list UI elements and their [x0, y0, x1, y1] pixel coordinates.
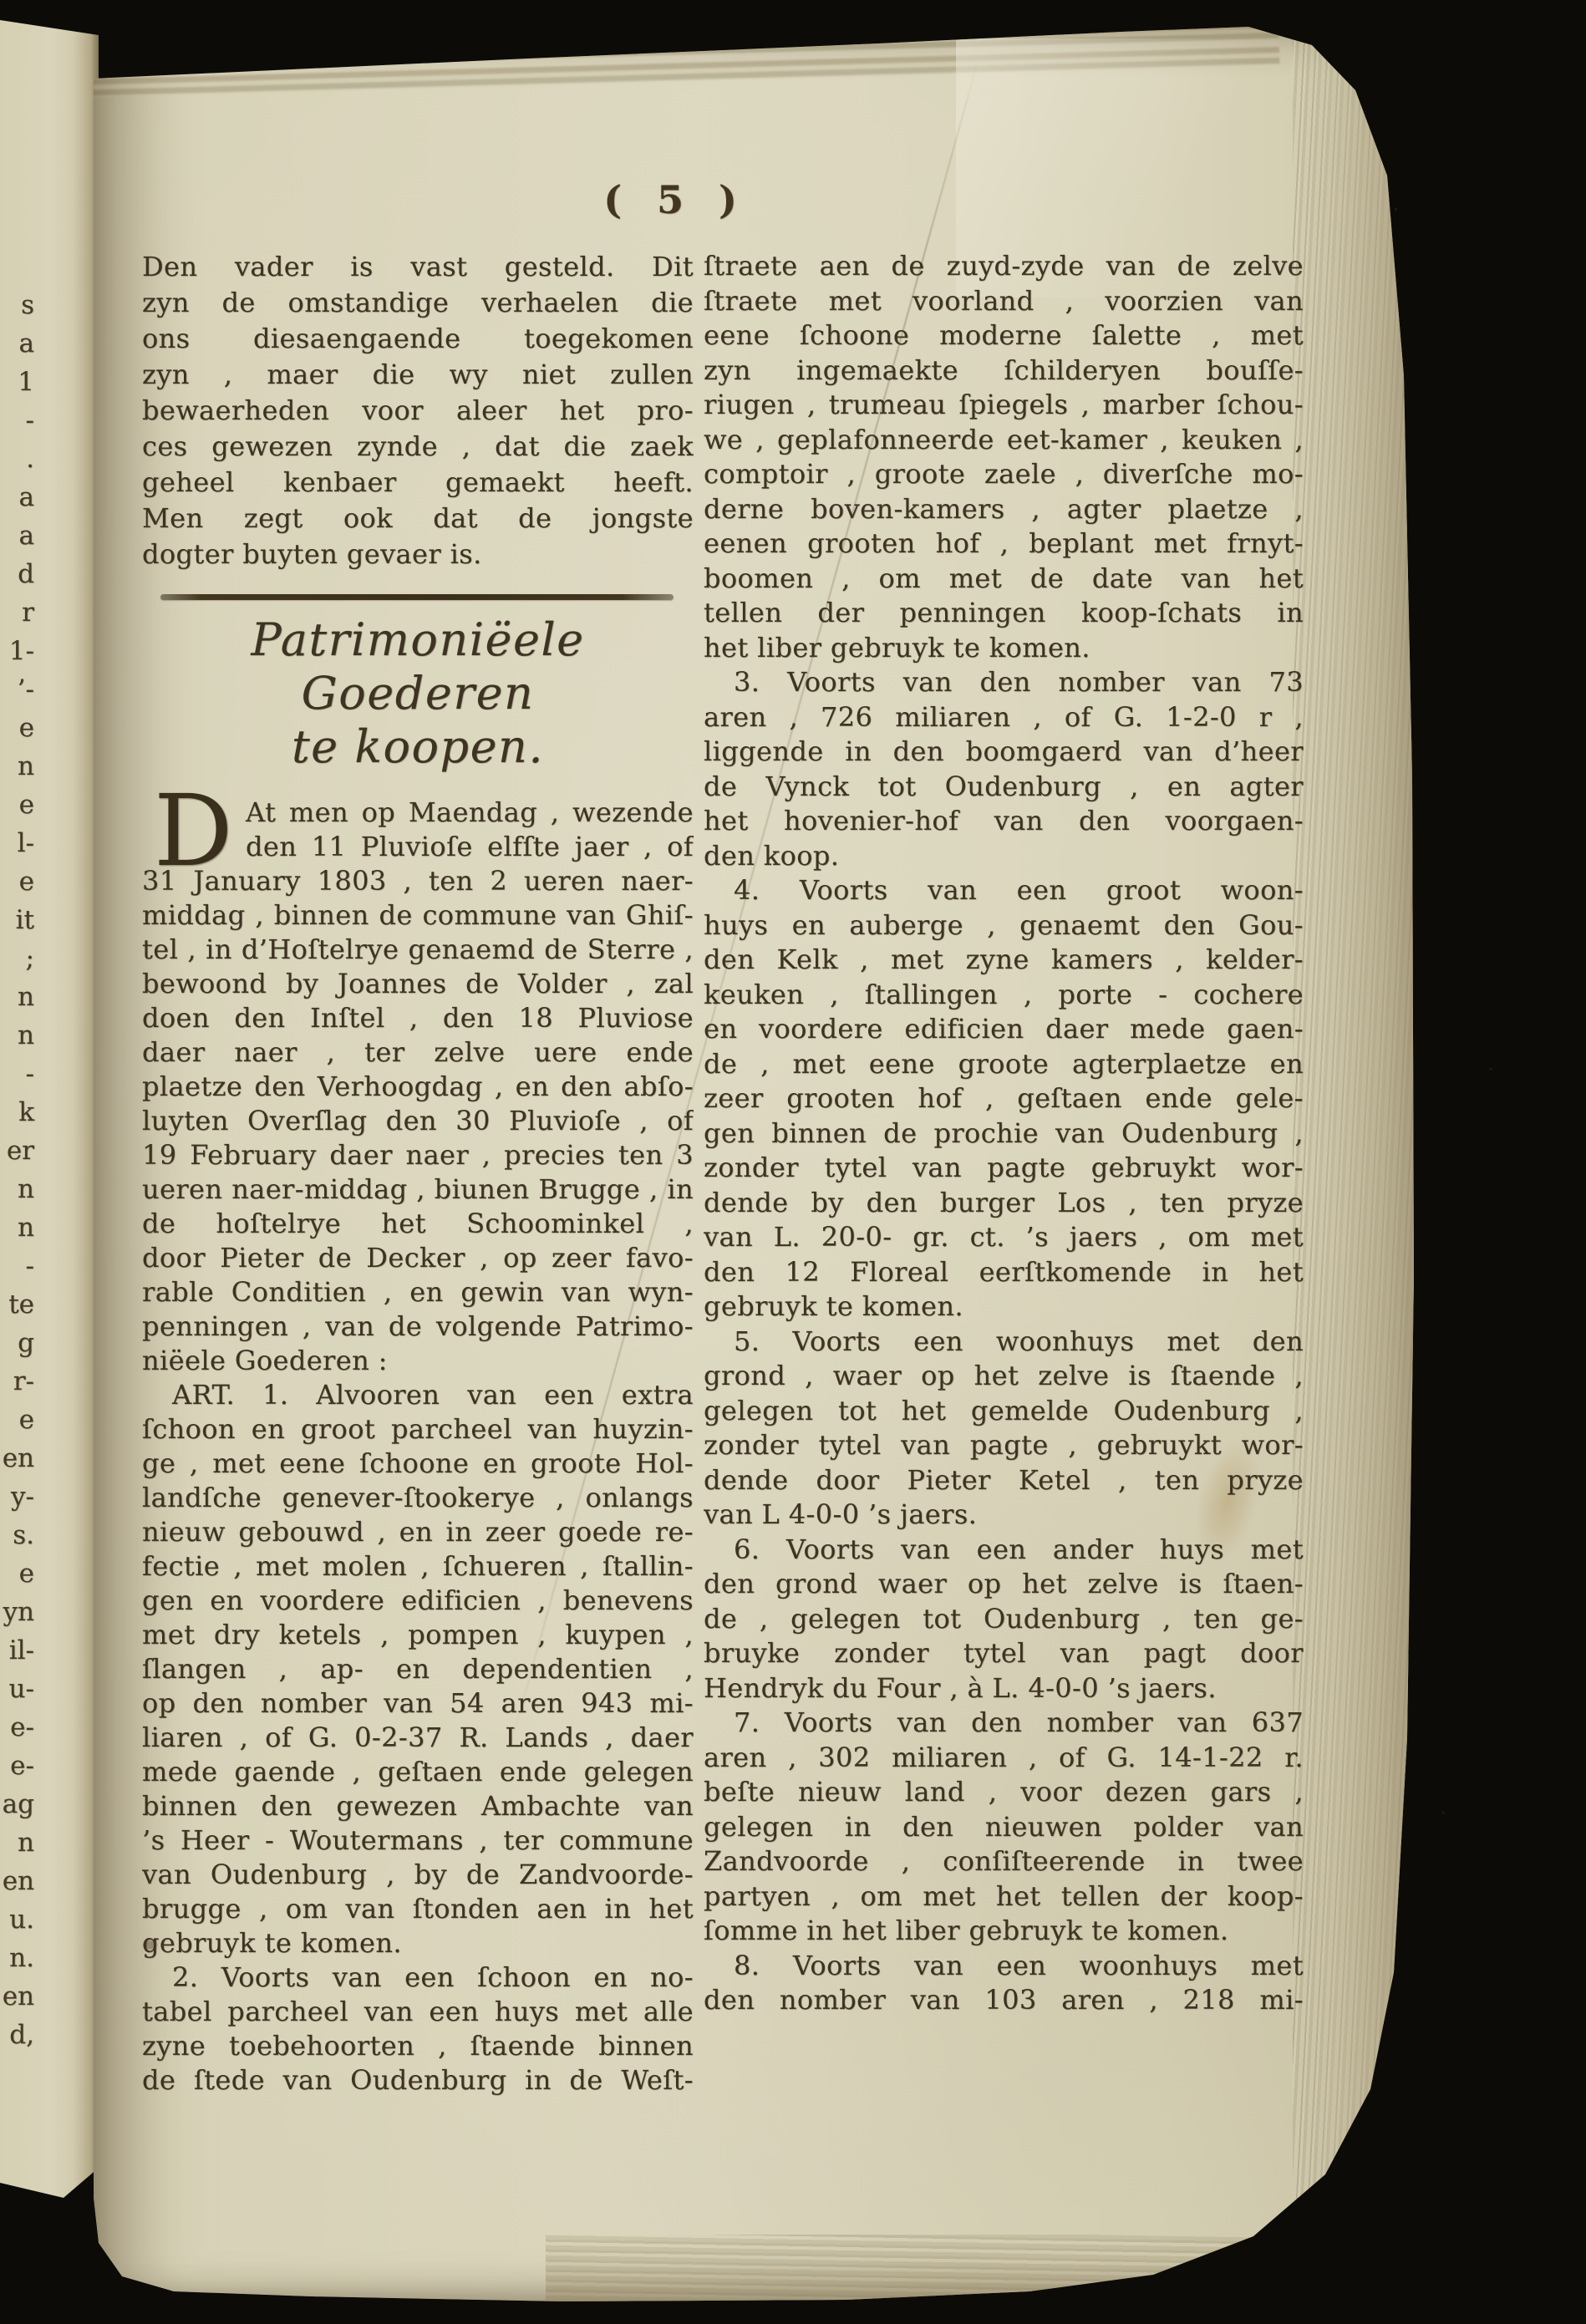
cut-text-fragment: y-	[0, 1477, 37, 1516]
text-line: dende by den burger Los , ten pryze	[704, 1186, 1304, 1221]
text-line: van Oudenburg , by de Zandvoorde-	[142, 1858, 694, 1892]
text-line: rable Conditien , en gewin van wyn-	[142, 1275, 694, 1309]
text-line: niëele Goederen :	[142, 1344, 694, 1378]
cut-text-fragment: n.	[0, 1939, 37, 1977]
text-line: 7. Voorts van den nomber van 637	[704, 1706, 1304, 1741]
text-line: dogter buyten gevaer is.	[142, 537, 694, 572]
text-line: 2. Voorts van een ſchoon en no-	[142, 1960, 694, 1995]
text-line: binnen den gewezen Ambachte van	[142, 1789, 694, 1823]
cut-text-fragment: a	[0, 516, 37, 555]
text-line: 8. Voorts van een woonhuys met	[704, 1949, 1304, 1984]
text-line: nieuw gebouwd , en in zeer goede re-	[142, 1515, 694, 1549]
text-line: dende door Pieter Ketel , ten pryze	[704, 1463, 1304, 1498]
text-line: ons diesaengaende toegekomen	[142, 321, 694, 357]
cut-text-fragment: u.	[0, 1900, 37, 1939]
cut-text-fragment: n	[0, 1823, 37, 1862]
cut-text-fragment: d,	[0, 2016, 37, 2054]
paragraph-news-item: Den vader is vast gesteld. Ditzyn de oms…	[142, 249, 694, 572]
cut-text-fragment: d	[0, 555, 37, 593]
text-line: tel , in d’Hoſtelrye genaemd de Sterre ,	[142, 933, 694, 967]
text-line: den koop.	[704, 839, 1304, 874]
text-line: 5. Voorts een woonhuys met den	[704, 1325, 1304, 1360]
paragraph-articles-continued: ſtraete aen de zuyd-zyde van de zelveſtr…	[704, 249, 1304, 2018]
section-heading: Patrimoniëele Goederen te koopen.	[142, 613, 694, 774]
facing-page-edge: sa1-.aadr1-’-enel-eit;nn-kernn-tegr-eeny…	[0, 20, 99, 2218]
bottom-edge-texture	[546, 2235, 1422, 2303]
text-line: penningen , van de volgende Patrimo-	[142, 1309, 694, 1344]
column-right: ſtraete aen de zuyd-zyde van de zelveſtr…	[704, 249, 1304, 2018]
text-line: zeer grooten hof , geſtaen ende gele-	[704, 1081, 1304, 1116]
cut-text-fragment: e	[0, 862, 37, 901]
cut-text-fragment: s	[0, 286, 37, 324]
cut-text-fragment: ’-	[0, 670, 37, 709]
cut-text-fragment: ;	[0, 939, 37, 978]
text-line: luyten Overſlag den 30 Pluvioſe , of	[142, 1104, 694, 1138]
text-line: door Pieter de Decker , op zeer favo-	[142, 1241, 694, 1275]
text-line: derne boven-kamers , agter plaetze ,	[704, 492, 1304, 527]
cut-text-fragment: r	[0, 593, 37, 632]
text-line: gen binnen de prochie van Oudenburg ,	[704, 1116, 1304, 1152]
cut-text-fragment: e-	[0, 1708, 37, 1747]
cut-text-fragment: en	[0, 1862, 37, 1900]
text-line: riugen , trumeau ſpiegels , marber ſchou…	[704, 388, 1304, 423]
text-line: ’s Heer - Woutermans , ter commune	[142, 1823, 694, 1858]
text-line: de , gelegen tot Oudenburg , ten ge-	[704, 1602, 1304, 1637]
paragraph-auction-notice: D At men op Maendag , wezendeden 11 Pluv…	[142, 796, 694, 1378]
text-line: 6. Voorts van een ander huys met	[704, 1533, 1304, 1568]
column-left: Den vader is vast gesteld. Ditzyn de oms…	[142, 249, 694, 2098]
text-line: ces gewezen zynde , dat die zaek	[142, 429, 694, 465]
text-line: boomen , om met de date van het	[704, 562, 1304, 597]
cut-text-fragment: l-	[0, 824, 37, 862]
text-line: middag , binnen de commune van Ghiſ-	[142, 898, 694, 933]
text-line: mede gaende , geſtaen ende gelegen	[142, 1755, 694, 1789]
text-line: eene ſchoone moderne ſalette , met	[704, 318, 1304, 353]
fore-edge-texture	[1293, 25, 1422, 2303]
text-line: gelegen tot het gemelde Oudenburg ,	[704, 1394, 1304, 1429]
cut-text-fragment: 1	[0, 363, 37, 401]
text-line: grond , waer op het zelve is ſtaende ,	[704, 1359, 1304, 1394]
photo-backdrop: sa1-.aadr1-’-enel-eit;nn-kernn-tegr-eeny…	[0, 0, 1586, 2324]
text-line: zyn ingemaekte ſchilderyen bouſſe-	[704, 353, 1304, 389]
text-line: ſlangen , ap- en dependentien , gebouwd	[142, 1652, 694, 1686]
cut-text-fragment: en	[0, 1439, 37, 1477]
text-line: aren , 726 miliaren , of G. 1-2-0 r ,	[704, 700, 1304, 735]
text-line: keuken , ſtallingen , porte - cochere	[704, 978, 1304, 1013]
paragraph-articles: ART. 1. Alvooren van een extraſchoon en …	[142, 1378, 694, 2098]
text-line: ſtraete met voorland , voorzien van	[704, 284, 1304, 319]
text-line: gen en voordere edificien , benevens	[142, 1584, 694, 1618]
section-heading-line1: Patrimoniëele Goederen	[142, 613, 694, 720]
text-line: comptoir , groote zaele , diverſche mo-	[704, 457, 1304, 492]
text-line: 3. Voorts van den nomber van 73	[704, 665, 1304, 700]
text-line: landſche genever-ſtookerye , onlangs	[142, 1481, 694, 1515]
cut-text-fragment: 1-	[0, 632, 37, 670]
text-line: we , geplafonneerde eet-kamer , keuken ,	[704, 423, 1304, 458]
text-line: liaren , of G. 0-2-37 R. Lands , daer	[142, 1721, 694, 1755]
text-line: zyn , maer die wy niet zullen	[142, 357, 694, 393]
text-line: ueren naer-middag , biunen Brugge , in	[142, 1172, 694, 1207]
text-line: beſte nieuw land , voor dezen gars ,	[704, 1775, 1304, 1810]
text-line: fectie , met molen , ſchueren , ſtallin-	[142, 1549, 694, 1584]
cut-text-fragment: e	[0, 709, 37, 747]
text-line: de hoſtelrye het Schoominkel , bewoond	[142, 1207, 694, 1241]
text-line: op den nomber van 54 aren 943 mi-	[142, 1686, 694, 1721]
cut-text-fragment: n	[0, 1170, 37, 1208]
cut-text-fragment: e	[0, 786, 37, 824]
text-line: de Vynck tot Oudenburg , en agter	[704, 770, 1304, 805]
text-line: Hendryk du Four , à L. 4-0-0 ’s jaers.	[704, 1671, 1304, 1706]
page-number-label: ( 5 )	[603, 177, 742, 222]
cut-text-fragment: ag	[0, 1785, 37, 1823]
text-line: 4. Voorts van een groot woon-	[704, 873, 1304, 908]
text-line: den 12 Floreal eerſtkomende in het	[704, 1255, 1304, 1290]
text-line: tellen der penningen koop-ſchats in	[704, 596, 1304, 631]
text-line: den Kelk , met zyne kamers , kelder-	[704, 943, 1304, 978]
text-line: bewaerheden voor aleer het pro-	[142, 393, 694, 429]
cut-text-fragment: it	[0, 901, 37, 939]
cut-text-fragment: r-	[0, 1362, 37, 1401]
text-line: ſchoon en groot parcheel van huyzin-	[142, 1412, 694, 1447]
text-line: liggende in den boomgaerd van d’heer	[704, 735, 1304, 770]
cut-text-fragment: yn	[0, 1593, 37, 1631]
text-line: ART. 1. Alvooren van een extra	[142, 1378, 694, 1412]
cut-text-fragment: .	[0, 440, 37, 478]
text-line: met dry ketels , pompen , kuypen ,	[142, 1618, 694, 1652]
text-line: het hovenier-hof van den voorgaen-	[704, 804, 1304, 839]
text-line: van L 4-0-0 ’s jaers.	[704, 1498, 1304, 1533]
text-line: Men zegt ook dat de jongste	[142, 501, 694, 537]
cut-text-fragment: e	[0, 1554, 37, 1593]
text-line: doen den Inſtel , den 18 Pluviose	[142, 1001, 694, 1035]
text-line: aren , 302 miliaren , of G. 14-1-22 r.	[704, 1741, 1304, 1776]
text-line: Den vader is vast gesteld. Dit	[142, 249, 694, 285]
page-number: ( 5 )	[547, 177, 798, 222]
text-line: de ſtede van Oudenburg in de Weſt-	[142, 2063, 694, 2098]
text-line: den grond waer op het zelve is ſtaen-	[704, 1567, 1304, 1602]
cut-text-fragment: n	[0, 747, 37, 786]
text-line: de , met eene groote agterplaetze en	[704, 1047, 1304, 1082]
cut-text-fragment: n	[0, 1208, 37, 1247]
cut-text-fragment: g	[0, 1324, 37, 1362]
text-line: gebruyk te komen.	[142, 1926, 694, 1960]
drop-cap-initial: D	[154, 792, 233, 869]
book-page: ( 5 ) Den vader is vast gesteld. Ditzyn …	[94, 25, 1422, 2303]
cut-text-fragment: a	[0, 324, 37, 363]
cut-text-fragment: -	[0, 1055, 37, 1093]
cut-text-fragment: -	[0, 1247, 37, 1285]
text-line: zonder tytel van pagte , gebruykt wor-	[704, 1428, 1304, 1463]
text-line: ge , met eene ſchoone en groote Hol-	[142, 1447, 694, 1481]
cut-text-fragment: -	[0, 401, 37, 440]
cut-text-fragment: il-	[0, 1631, 37, 1670]
text-line: daer naer , ter zelve uere ende	[142, 1035, 694, 1070]
text-line: Zandvoorde , conſiſteerende in twee	[704, 1844, 1304, 1879]
text-line: den nomber van 103 aren , 218 mi-	[704, 1983, 1304, 2018]
text-line: bewoond by Joannes de Volder , zal	[142, 967, 694, 1001]
cut-text-fragment: te	[0, 1285, 37, 1324]
text-line: zyn de omstandige verhaelen die	[142, 285, 694, 321]
text-line: van L. 20-0- gr. ct. ’s jaers , om met	[704, 1220, 1304, 1255]
text-line: geheel kenbaer gemaekt heeft.	[142, 465, 694, 501]
text-line: gelegen in den nieuwen polder van	[704, 1810, 1304, 1845]
text-line: brugge , om van ſtonden aen in het	[142, 1892, 694, 1926]
cut-text-fragment: e	[0, 1401, 37, 1439]
text-line: tabel parcheel van een huys met alle	[142, 1995, 694, 2029]
facing-page-text-fragments: sa1-.aadr1-’-enel-eit;nn-kernn-tegr-eeny…	[0, 286, 37, 2054]
text-line: gebruyk te komen.	[704, 1289, 1304, 1325]
text-line: plaetze den Verhoogdag , en den abſo-	[142, 1070, 694, 1104]
text-line: partyen , om met het tellen der koop-	[704, 1879, 1304, 1915]
cut-text-fragment: k	[0, 1093, 37, 1131]
cut-text-fragment: e-	[0, 1747, 37, 1785]
cut-text-fragment: en	[0, 1977, 37, 2016]
text-line: 19 February daer naer , precies ten 3	[142, 1138, 694, 1172]
text-line: eenen grooten hof , beplant met frnyt-	[704, 526, 1304, 562]
text-line: ſomme in het liber gebruyk te komen.	[704, 1914, 1304, 1949]
text-line: bruyke zonder tytel van pagt door	[704, 1636, 1304, 1671]
text-line: en voordere edificien daer mede gaen-	[704, 1012, 1304, 1047]
text-line: het liber gebruyk te komen.	[704, 631, 1304, 666]
text-line: zonder tytel van pagte gebruykt wor-	[704, 1151, 1304, 1186]
cut-text-fragment: n	[0, 978, 37, 1016]
cut-text-fragment: n	[0, 1016, 37, 1055]
cut-text-fragment: u-	[0, 1670, 37, 1708]
section-divider-rule	[160, 594, 674, 600]
text-line: huys en auberge , genaemt den Gou-	[704, 908, 1304, 943]
cut-text-fragment: er	[0, 1131, 37, 1170]
text-line: ſtraete aen de zuyd-zyde van de zelve	[704, 249, 1304, 284]
cut-text-fragment: s.	[0, 1516, 37, 1554]
text-line: zyne toebehoorten , ſtaende binnen	[142, 2029, 694, 2063]
section-heading-line2: te koopen.	[142, 720, 694, 774]
cut-text-fragment: a	[0, 478, 37, 516]
